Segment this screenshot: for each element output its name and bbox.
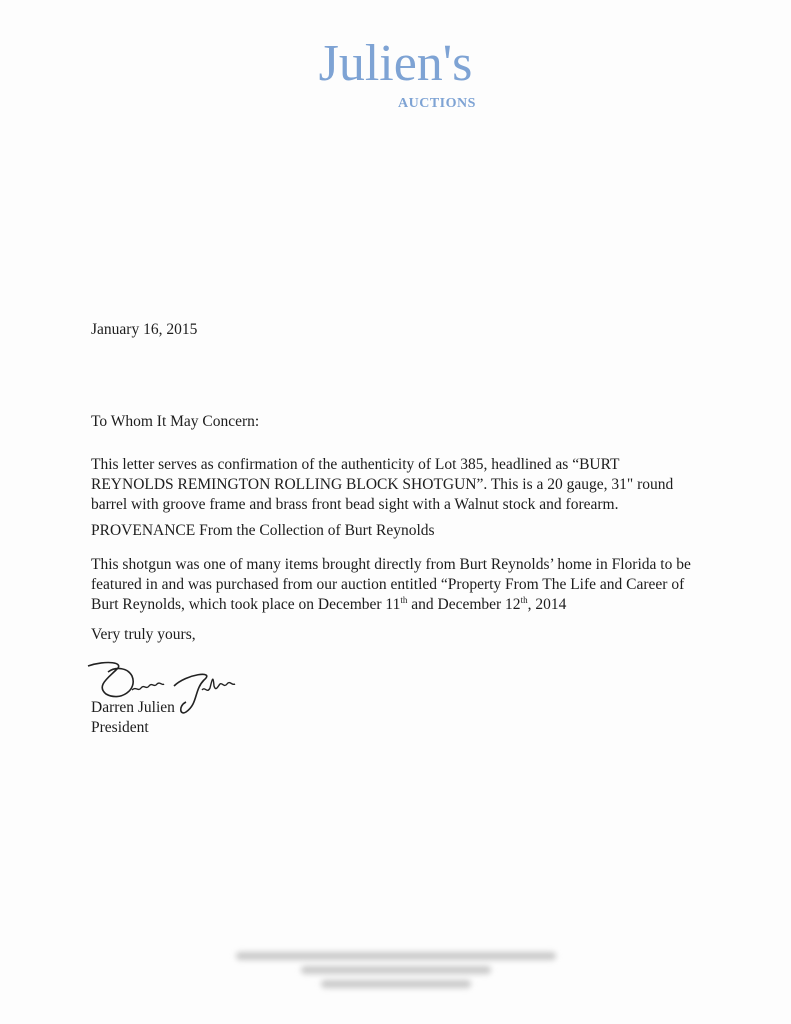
- provenance-line: PROVENANCE From the Collection of Burt R…: [91, 519, 435, 542]
- paragraph-line: barrel with groove frame and brass front…: [91, 493, 618, 516]
- closing: Very truly yours,: [91, 623, 196, 646]
- blurred-line: [301, 966, 491, 974]
- salutation: To Whom It May Concern:: [91, 410, 259, 433]
- letter-date: January 16, 2015: [91, 318, 197, 341]
- paragraph-line: Burt Reynolds, which took place on Decem…: [91, 593, 566, 616]
- text-segment: Burt Reynolds, which took place on Decem…: [91, 596, 400, 613]
- brand-name: Julien's: [0, 38, 791, 90]
- brand-subtitle: AUCTIONS: [398, 96, 476, 112]
- ordinal-suffix: th: [521, 595, 528, 605]
- text-segment: , 2014: [528, 596, 567, 613]
- footer-address-blurred: [0, 946, 791, 994]
- blurred-line: [321, 980, 471, 988]
- blurred-line: [236, 952, 556, 960]
- letterhead-logo: Julien's AUCTIONS: [0, 38, 791, 90]
- text-segment: and December 12: [407, 596, 520, 613]
- signer-title: President: [91, 716, 149, 739]
